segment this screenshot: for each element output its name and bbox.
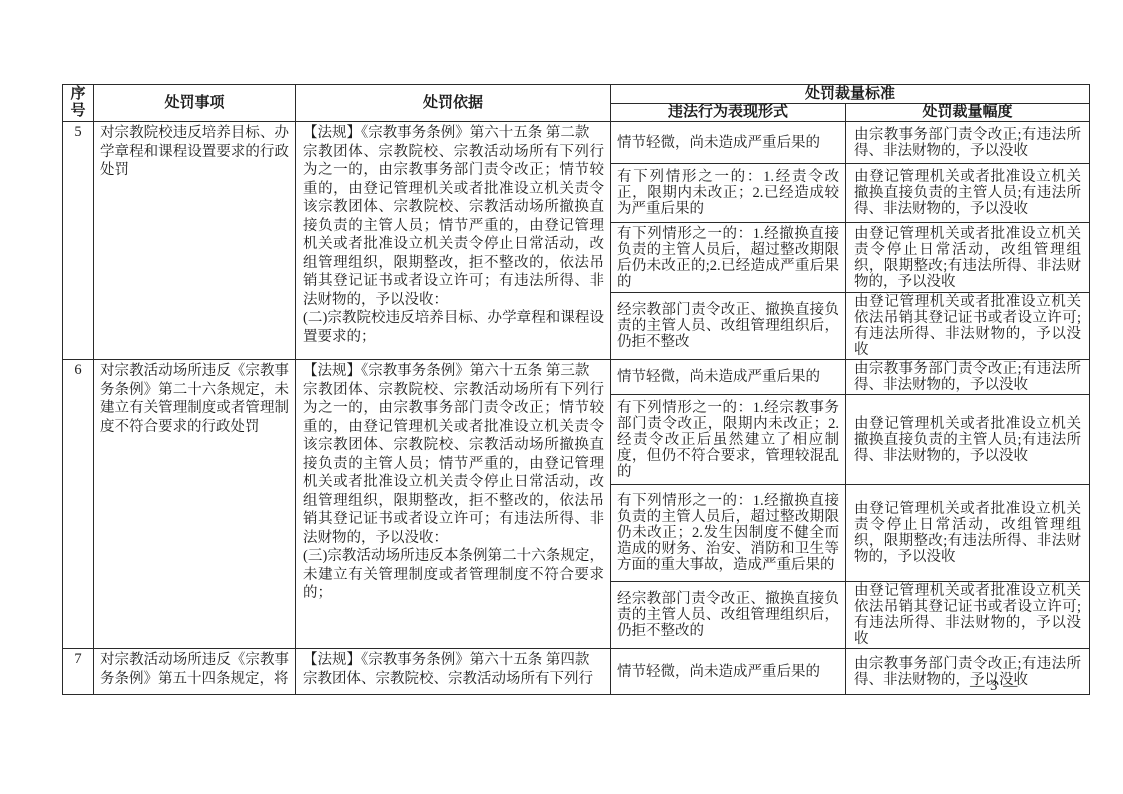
header-penalty-matter: 处罚事项 (94, 85, 296, 122)
range-cell: 由登记管理机关或者批准设立机关责令停止日常活动，改组管理组织，限期整改;有违法所… (846, 223, 1090, 293)
penalty-basis-cell: 【法规】《宗教事务条例》第六十五条 第三款 宗教团体、宗教院校、宗教活动场所有下… (296, 360, 611, 649)
table-row: 6 对宗教活动场所违反《宗教事务条例》第二十六条规定，未建立有关管理制度或者管理… (63, 360, 1090, 395)
behavior-cell: 经宗教部门责令改正、撤换直接负责的主管人员、改组管理组织后，仍拒不整改 (611, 293, 846, 360)
penalty-matter-cell: 对宗教活动场所违反《宗教事务条例》第五十四条规定，将 (94, 649, 296, 695)
range-cell: 由宗教事务部门责令改正;有违法所得、非法财物的，予以没收 (846, 360, 1090, 395)
header-index: 序号 (63, 85, 94, 122)
behavior-cell: 情节轻微，尚未造成严重后果的 (611, 649, 846, 695)
penalty-standards-table: 序号 处罚事项 处罚依据 处罚裁量标准 违法行为表现形式 处罚裁量幅度 5 对宗… (62, 84, 1090, 695)
range-cell: 由宗教事务部门责令改正;有违法所得、非法财物的，予以没收 (846, 649, 1090, 695)
behavior-cell: 经宗教部门责令改正、撤换直接负责的主管人员、改组管理组织后，仍拒不整改的 (611, 582, 846, 649)
table-row: 5 对宗教院校违反培养目标、办学章程和课程设置要求的行政处罚 【法规】《宗教事务… (63, 122, 1090, 164)
behavior-cell: 情节轻微，尚未造成严重后果的 (611, 360, 846, 395)
table-row: 7 对宗教活动场所违反《宗教事务条例》第五十四条规定，将 【法规】《宗教事务条例… (63, 649, 1090, 695)
range-cell: 由宗教事务部门责令改正;有违法所得、非法财物的，予以没收 (846, 122, 1090, 164)
document-page: 序号 处罚事项 处罚依据 处罚裁量标准 违法行为表现形式 处罚裁量幅度 5 对宗… (0, 0, 1123, 794)
header-illegal-behavior-form: 违法行为表现形式 (611, 104, 846, 122)
page-number: — 3 — (970, 678, 1019, 695)
range-cell: 由登记管理机关或者批准设立机关依法吊销其登记证书或者设立许可;有违法所得、非法财… (846, 293, 1090, 360)
behavior-cell: 有下列情形之一的：1.经宗教事务部门责令改正，限期内未改正；2.经责令改正后虽然… (611, 395, 846, 485)
penalty-matter-cell: 对宗教院校违反培养目标、办学章程和课程设置要求的行政处罚 (94, 122, 296, 360)
row-index: 5 (63, 122, 94, 360)
range-cell: 由登记管理机关或者批准设立机关撤换直接负责的主管人员;有违法所得、非法财物的，予… (846, 164, 1090, 223)
range-cell: 由登记管理机关或者批准设立机关责令停止日常活动，改组管理组织，限期整改;有违法所… (846, 485, 1090, 582)
penalty-basis-cell: 【法规】《宗教事务条例》第六十五条 第二款 宗教团体、宗教院校、宗教活动场所有下… (296, 122, 611, 360)
row-index: 6 (63, 360, 94, 649)
penalty-matter-cell: 对宗教活动场所违反《宗教事务条例》第二十六条规定，未建立有关管理制度或者管理制度… (94, 360, 296, 649)
header-discretion-range: 处罚裁量幅度 (846, 104, 1090, 122)
header-penalty-basis: 处罚依据 (296, 85, 611, 122)
range-cell: 由登记管理机关或者批准设立机关撤换直接负责的主管人员;有违法所得、非法财物的，予… (846, 395, 1090, 485)
behavior-cell: 有下列情形之一的：1.经撤换直接负责的主管人员后，超过整改期限仍未改正；2.发生… (611, 485, 846, 582)
behavior-cell: 有下列情形之一的：1.经撤换直接负责的主管人员后，超过整改期限后仍未改正的;2.… (611, 223, 846, 293)
behavior-cell: 有下列情形之一的：1.经责令改正，限期内未改正；2.已经造成较为严重后果的 (611, 164, 846, 223)
row-index: 7 (63, 649, 94, 695)
behavior-cell: 情节轻微，尚未造成严重后果的 (611, 122, 846, 164)
range-cell: 由登记管理机关或者批准设立机关依法吊销其登记证书或者设立许可;有违法所得、非法财… (846, 582, 1090, 649)
penalty-basis-cell: 【法规】《宗教事务条例》第六十五条 第四款 宗教团体、宗教院校、宗教活动场所有下… (296, 649, 611, 695)
header-discretion-standard: 处罚裁量标准 (611, 85, 1090, 104)
